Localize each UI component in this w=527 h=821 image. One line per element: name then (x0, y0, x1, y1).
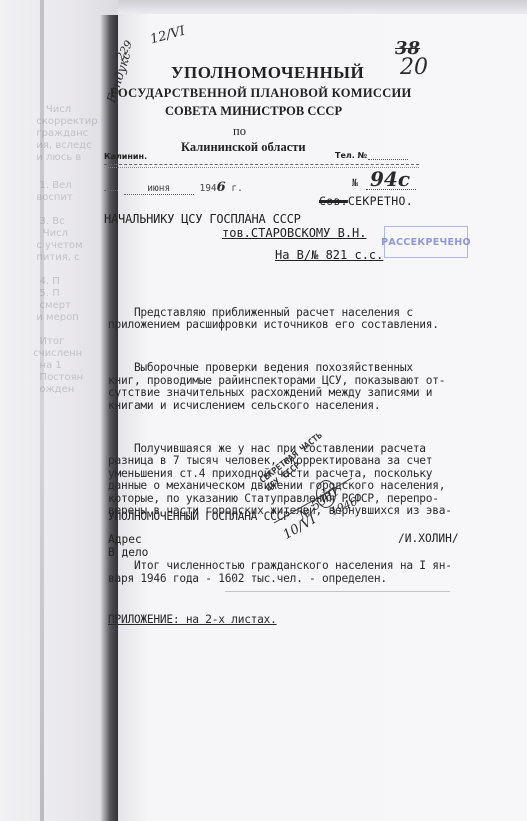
text-line: книгами и исчислением сельского населени… (108, 400, 518, 412)
reference-number: На В/№ 821 с.с. (275, 248, 383, 262)
text-line: данные о механическом движении городског… (108, 480, 518, 492)
bleed-through-text: Числ скорректир гражданс ия, вследс и лю… (30, 104, 98, 164)
signatory-title: УПОЛНОМОЧЕННЫЙ ГОСПЛАНА СССР (108, 510, 290, 523)
page-fold-line (225, 591, 450, 592)
letterhead-line-4: по (233, 124, 246, 139)
paragraph: Итог численностью гражданского населения… (108, 560, 518, 585)
letterhead-rule (104, 164, 419, 165)
classification-mark: Сов.СЕКРЕТНО. (319, 194, 413, 208)
date-line: июня 1946 г. (104, 180, 243, 195)
enclosure-note: ПРИЛОЖЕНИЕ: на 2-х листах. (108, 614, 518, 626)
doc-number: 94с (370, 167, 410, 191)
text-line: Итог численностью гражданского населения… (108, 560, 518, 572)
doc-number-label: № (352, 178, 358, 189)
enclosure-text: ПРИЛОЖЕНИЕ: на 2-х листах. (108, 613, 277, 626)
city-label: Калинин. (104, 152, 147, 161)
tel-field-line (368, 159, 408, 160)
bleed-through-text: 1. Вел воспит 3. Вс Числ с учетом пития,… (30, 180, 83, 396)
tel-label: Тел. № (335, 151, 367, 160)
classification-text: СЕКРЕТНО. (348, 194, 413, 208)
declassified-stamp: РАССЕКРЕЧЕНО (384, 226, 468, 258)
text-line: Выборочные проверки ведения похозяйствен… (108, 362, 518, 374)
addressee-line-2: тов.СТАРОВСКОМУ В.Н. (222, 226, 367, 240)
text-line: варя 1946 года - 1602 тыс.чел. - определ… (108, 573, 518, 585)
date-day (104, 190, 118, 191)
letterhead-region: Калининской области (181, 140, 306, 155)
date-month: июня (124, 183, 194, 195)
signatory-name: /И.ХОЛИН/ (398, 532, 459, 545)
paragraph: Представляю приближенный расчет населени… (108, 307, 518, 332)
footer-notes: Адрес В дело (108, 534, 148, 559)
date-year-prefix: 194 (199, 183, 216, 194)
date-suffix: г. (231, 183, 242, 194)
text-line: сутствие значительных расхождений между … (108, 387, 518, 399)
doc-number-line (366, 189, 416, 190)
letterhead-title: УПОЛНОМОЧЕННЫЙ (171, 63, 364, 83)
classification-struck: Сов. (319, 194, 348, 208)
date-year-handwritten: 6 (217, 180, 226, 195)
addressee-line-1: НАЧАЛЬНИКУ ЦСУ ГОСПЛАНА СССР (104, 212, 301, 226)
letterhead-line-2: ГОСУДАРСТВЕННОЙ ПЛАНОВОЙ КОМИССИИ (110, 86, 412, 101)
page-number: 20 (400, 55, 428, 80)
letterhead-line-3: СОВЕТА МИНИСТРОВ СССР (165, 104, 342, 119)
paragraph: Выборочные проверки ведения похозяйствен… (108, 362, 518, 412)
text-line: приложением расшифровки источников его с… (108, 319, 518, 331)
